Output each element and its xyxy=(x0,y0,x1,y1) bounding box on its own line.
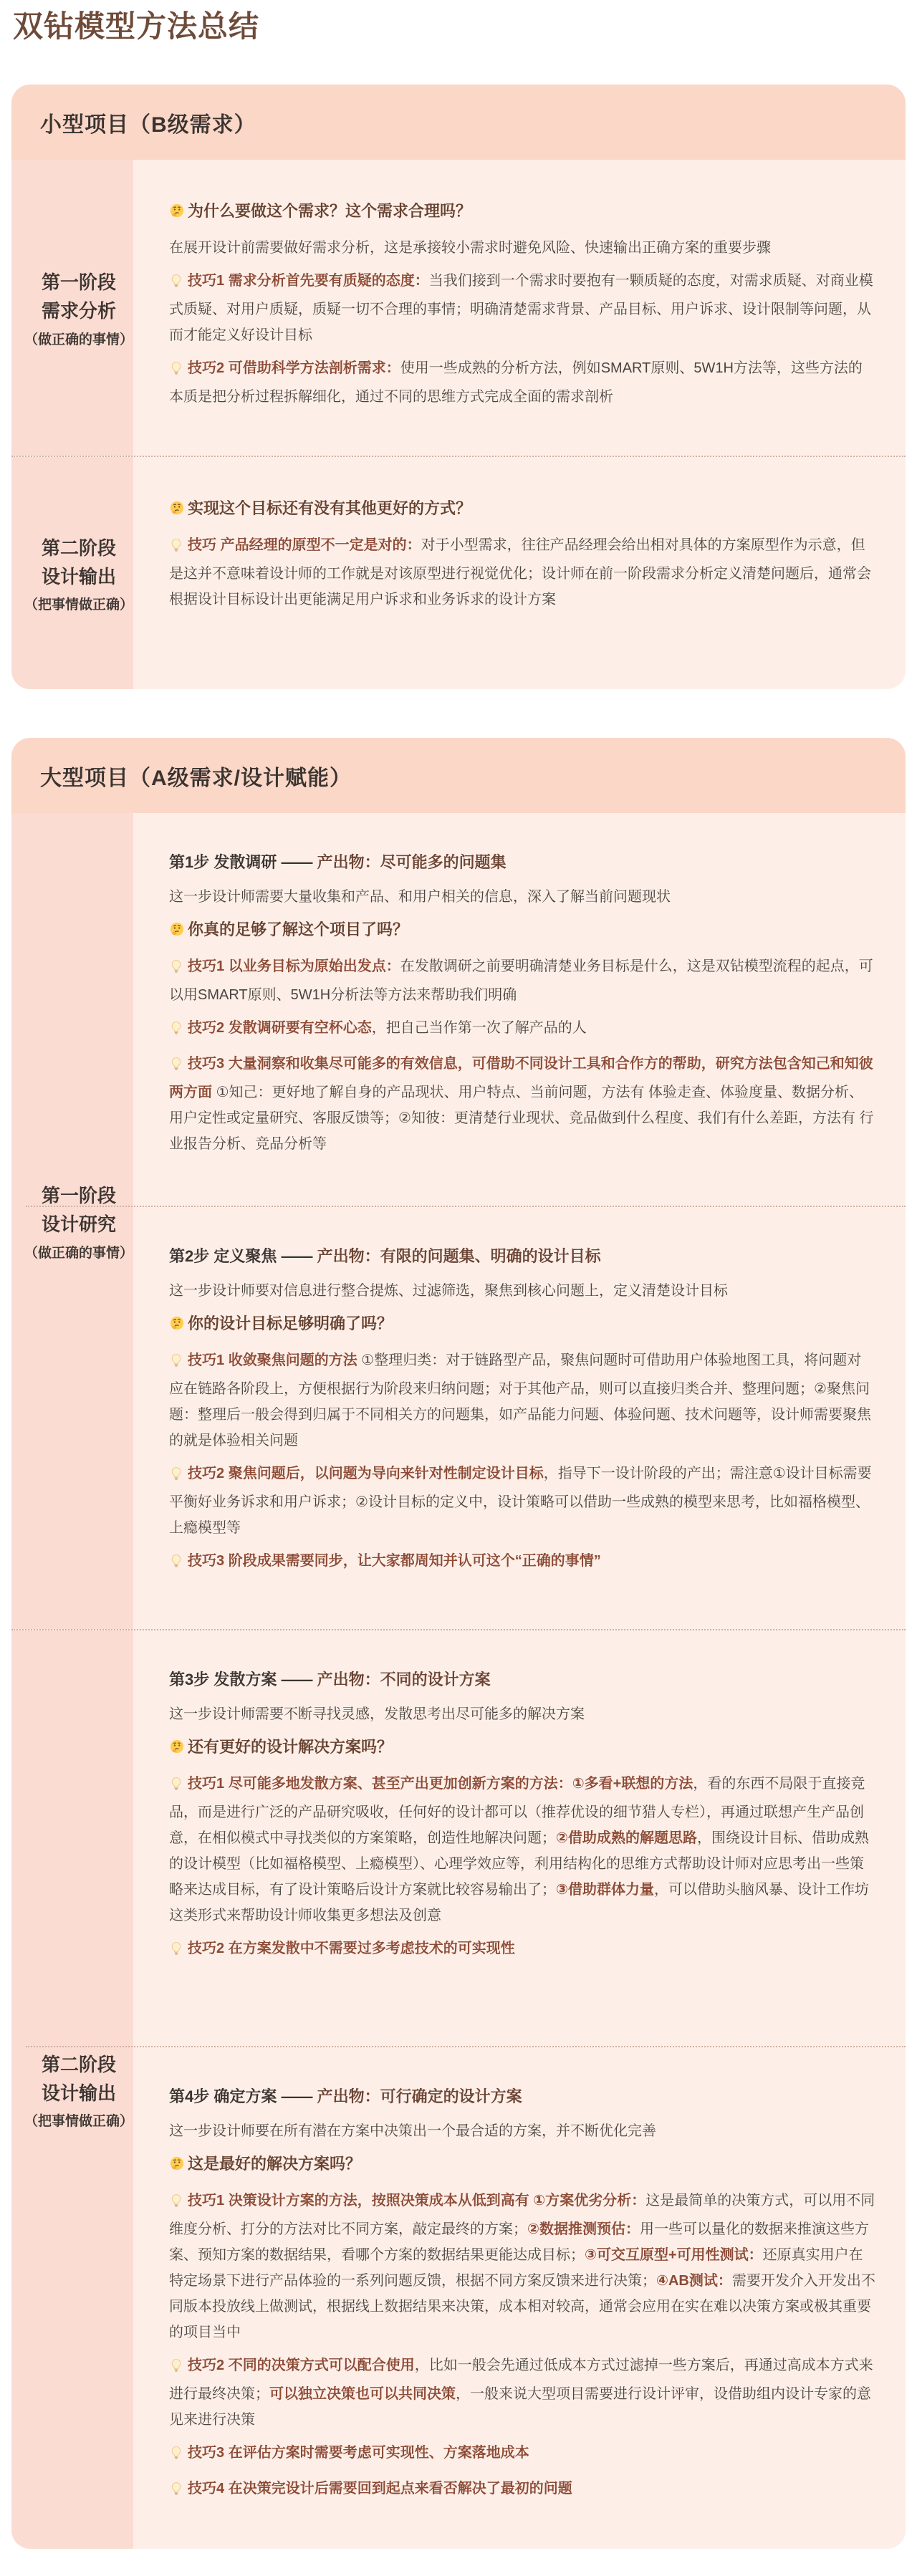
stage-note: （做正确的事情） xyxy=(24,1242,133,1261)
tip-text: ，把自己当作第一次了解产品的人 xyxy=(372,1020,587,1036)
light-bulb-icon xyxy=(169,271,183,297)
tip-paragraph: 技巧2 不同的决策方式可以配合使用，比如一般会先通过低成本方式过滤掉一些方案后，… xyxy=(169,2352,875,2433)
stage-content: 为什么要做这个需求？这个需求合理吗？在展开设计前需要做好需求分析，这是承接较小需… xyxy=(133,160,906,456)
tip-emphasis: 技巧1 尽可能多地发散方案、甚至产出更加创新方案的方法： xyxy=(188,1776,572,1792)
tip-emphasis: ③借助群体力量 xyxy=(556,1882,654,1898)
tip-paragraph: 技巧2 在方案发散中不需要过多考虑技术的可实现性 xyxy=(169,1936,875,1964)
tip-paragraph: 技巧3 大量洞察和收集尽可能多的有效信息，可借助不同设计工具和合作方的帮助，研究… xyxy=(169,1051,875,1157)
tip-emphasis: 技巧1 收敛聚焦问题的方法 xyxy=(188,1352,357,1368)
step-title-name: 第4步 确定方案 —— xyxy=(169,2087,317,2105)
question-text: 你的设计目标足够明确了吗？ xyxy=(188,1315,393,1332)
stage-label: 需求分析 xyxy=(42,297,116,325)
question-text: 这是最好的解决方案吗？ xyxy=(188,2155,361,2173)
light-bulb-icon xyxy=(169,956,183,982)
tip-emphasis: 技巧 产品经理的原型不一定是对的： xyxy=(188,537,421,553)
stage-content: 实现这个目标还有没有其他更好的方式？ 技巧 产品经理的原型不一定是对的：对于小型… xyxy=(133,457,906,689)
bottom-spacer xyxy=(0,2549,917,2573)
tip-emphasis: 技巧2 不同的决策方式可以配合使用 xyxy=(188,2358,415,2373)
tip-paragraph: 技巧2 可借助科学方法剖析需求：使用一些成熟的分析方法，例如SMART原则、5W… xyxy=(169,355,875,410)
question-line: 为什么要做这个需求？这个需求合理吗？ xyxy=(169,198,875,226)
light-bulb-icon xyxy=(169,1551,183,1577)
step-title-output: 产出物：尽可能多的问题集 xyxy=(317,853,506,871)
stage-sidebar: 第一阶段需求分析（做正确的事情） xyxy=(11,160,133,456)
stage-content: 第1步 发散调研 —— 产出物：尽可能多的问题集这一步设计师需要大量收集和产品、… xyxy=(133,813,906,1629)
question-text: 为什么要做这个需求？这个需求合理吗？ xyxy=(188,202,471,220)
tip-paragraph: 技巧4 在决策完设计后需要回到起点来看否解决了最初的问题 xyxy=(169,2476,875,2504)
step-intro: 在展开设计前需要做好需求分析，这是承接较小需求时避免风险、快速输出正确方案的重要… xyxy=(169,235,875,261)
stage-label: 设计输出 xyxy=(42,562,116,591)
stage-row: 第二阶段设计输出（把事情做正确）第3步 发散方案 —— 产出物：不同的设计方案这… xyxy=(11,1629,906,2549)
tip-emphasis: 技巧2 可借助科学方法剖析需求： xyxy=(188,360,400,376)
step-title-name: 第3步 发散方案 —— xyxy=(169,1671,317,1688)
step-block: 第4步 确定方案 —— 产出物：可行确定的设计方案这一步设计师要在所有潜在方案中… xyxy=(133,2047,906,2549)
step-intro: 这一步设计师要在所有潜在方案中决策出一个最合适的方案，并不断优化完善 xyxy=(169,2118,875,2144)
tip-emphasis: ②借助成熟的解题思路 xyxy=(556,1830,697,1846)
thinking-face-icon xyxy=(169,1736,185,1762)
tip-emphasis: 技巧2 发散调研要有空杯心态 xyxy=(188,1020,372,1036)
stage-sidebar: 第二阶段设计输出（把事情做正确） xyxy=(11,457,133,689)
step-block: 第2步 定义聚焦 —— 产出物：有限的问题集、明确的设计目标这一步设计师要对信息… xyxy=(133,1207,906,1629)
tip-emphasis: 技巧3 在评估方案时需要考虑可实现性、方案落地成本 xyxy=(188,2445,529,2461)
stage-label: 设计输出 xyxy=(42,2079,116,2108)
page-title: 双钻模型方法总结 xyxy=(13,9,917,44)
step-intro: 这一步设计师需要大量收集和产品、和用户相关的信息，深入了解当前问题现状 xyxy=(169,884,875,910)
thinking-face-icon xyxy=(169,2153,185,2178)
stage-sidebar: 第一阶段设计研究（做正确的事情） xyxy=(11,813,133,1629)
light-bulb-icon xyxy=(169,2479,183,2504)
section-card-small: 小型项目（B级需求）第一阶段需求分析（做正确的事情） 为什么要做这个需求？这个需… xyxy=(11,85,906,689)
tip-paragraph: 技巧3 在评估方案时需要考虑可实现性、方案落地成本 xyxy=(169,2440,875,2469)
thinking-face-icon xyxy=(169,919,185,944)
thinking-face-icon xyxy=(169,1313,185,1338)
step-title-name: 第2步 定义聚焦 —— xyxy=(169,1247,317,1265)
question-line: 实现这个目标还有没有其他更好的方式？ xyxy=(169,496,875,523)
light-bulb-icon xyxy=(169,1018,183,1044)
tip-paragraph: 技巧1 尽可能多地发散方案、甚至产出更加创新方案的方法：①多看+联想的方法，看的… xyxy=(169,1771,875,1928)
tip-emphasis: 技巧2 聚焦问题后，以问题为导向来针对性制定设计目标 xyxy=(188,1466,544,1481)
section-body: 第一阶段设计研究（做正确的事情）第1步 发散调研 —— 产出物：尽可能多的问题集… xyxy=(11,813,906,2549)
tip-emphasis: ③可交互原型+可用性测试： xyxy=(585,2247,763,2263)
question-text: 实现这个目标还有没有其他更好的方式？ xyxy=(188,499,471,517)
stage-sidebar: 第二阶段设计输出（把事情做正确） xyxy=(11,1630,133,2549)
tip-emphasis: 可以独立决策也可以共同决策 xyxy=(269,2386,456,2402)
cards-container: 小型项目（B级需求）第一阶段需求分析（做正确的事情） 为什么要做这个需求？这个需… xyxy=(0,85,917,2549)
section-card-large: 大型项目（A级需求/设计赋能）第一阶段设计研究（做正确的事情）第1步 发散调研 … xyxy=(11,738,906,2549)
question-text: 还有更好的设计解决方案吗？ xyxy=(188,1738,393,1756)
question-line: 你真的足够了解这个项目了吗？ xyxy=(169,917,875,944)
light-bulb-icon xyxy=(169,1774,183,1799)
tip-paragraph: 技巧1 决策设计方案的方法，按照决策成本从低到高有 ①方案优劣分析：这是最简单的… xyxy=(169,2188,875,2345)
light-bulb-icon xyxy=(169,535,183,561)
tip-paragraph: 技巧3 阶段成果需要同步，让大家都周知并认可这个“正确的事情” xyxy=(169,1548,875,1577)
tip-paragraph: 技巧 产品经理的原型不一定是对的：对于小型需求，往往产品经理会给出相对具体的方案… xyxy=(169,532,875,612)
tip-emphasis: ①方案优劣分析： xyxy=(533,2193,645,2209)
step-block: 第1步 发散调研 —— 产出物：尽可能多的问题集这一步设计师需要大量收集和产品、… xyxy=(133,813,906,1206)
step-title-output: 产出物：不同的设计方案 xyxy=(317,1671,491,1688)
light-bulb-icon xyxy=(169,358,183,384)
tip-paragraph: 技巧1 需求分析首先要有质疑的态度：当我们接到一个需求时要抱有一颗质疑的态度，对… xyxy=(169,268,875,348)
tip-emphasis: 技巧1 以业务目标为原始出发点： xyxy=(188,958,400,974)
step-title: 第4步 确定方案 —— 产出物：可行确定的设计方案 xyxy=(169,2085,875,2108)
stage-row: 第一阶段需求分析（做正确的事情） 为什么要做这个需求？这个需求合理吗？在展开设计… xyxy=(11,160,906,456)
stage-row: 第一阶段设计研究（做正确的事情）第1步 发散调研 —— 产出物：尽可能多的问题集… xyxy=(11,813,906,1629)
tip-emphasis: 技巧4 在决策完设计后需要回到起点来看否解决了最初的问题 xyxy=(188,2481,572,2496)
step-title-output: 产出物：有限的问题集、明确的设计目标 xyxy=(317,1247,601,1265)
question-text: 你真的足够了解这个项目了吗？ xyxy=(188,921,408,938)
step-title-name: 第1步 发散调研 —— xyxy=(169,853,317,871)
thinking-face-icon xyxy=(169,201,185,226)
step-title: 第3步 发散方案 —— 产出物：不同的设计方案 xyxy=(169,1668,875,1691)
tip-paragraph: 技巧1 收敛聚焦问题的方法 ①整理归类：对于链路型产品，聚焦问题时可借助用户体验… xyxy=(169,1347,875,1453)
step-intro: 这一步设计师需要不断寻找灵感，发散思考出尽可能多的解决方案 xyxy=(169,1701,875,1727)
step-block: 第3步 发散方案 —— 产出物：不同的设计方案这一步设计师需要不断寻找灵感，发散… xyxy=(133,1630,906,2046)
tip-text: ①知己：更好地了解自身的产品现状、用户特点、当前问题，方法有 体验走查、体验度量… xyxy=(169,1085,874,1152)
step-title: 第1步 发散调研 —— 产出物：尽可能多的问题集 xyxy=(169,850,875,874)
light-bulb-icon xyxy=(169,1054,183,1080)
light-bulb-icon xyxy=(169,2443,183,2469)
light-bulb-icon xyxy=(169,1350,183,1376)
stage-label: 第二阶段 xyxy=(42,534,116,562)
section-body: 第一阶段需求分析（做正确的事情） 为什么要做这个需求？这个需求合理吗？在展开设计… xyxy=(11,160,906,689)
stage-label: 第一阶段 xyxy=(42,268,116,297)
step-title-output: 产出物：可行确定的设计方案 xyxy=(317,2087,522,2105)
stage-content: 第3步 发散方案 —— 产出物：不同的设计方案这一步设计师需要不断寻找灵感，发散… xyxy=(133,1630,906,2549)
tip-paragraph: 技巧2 聚焦问题后，以问题为导向来针对性制定设计目标，指导下一设计阶段的产出；需… xyxy=(169,1461,875,1541)
tip-emphasis: 技巧2 在方案发散中不需要过多考虑技术的可实现性 xyxy=(188,1941,515,1956)
tip-emphasis: 技巧1 需求分析首先要有质疑的态度： xyxy=(188,273,429,289)
tip-emphasis: ①多看+联想的方法 xyxy=(572,1776,693,1792)
light-bulb-icon xyxy=(169,1464,183,1489)
step-block: 为什么要做这个需求？这个需求合理吗？在展开设计前需要做好需求分析，这是承接较小需… xyxy=(133,160,906,456)
tip-emphasis: 技巧1 决策设计方案的方法，按照决策成本从低到高有 xyxy=(188,2193,529,2209)
tip-paragraph: 技巧2 发散调研要有空杯心态，把自己当作第一次了解产品的人 xyxy=(169,1015,875,1044)
tip-emphasis: 技巧3 阶段成果需要同步，让大家都周知并认可这个“正确的事情” xyxy=(188,1553,601,1569)
question-line: 还有更好的设计解决方案吗？ xyxy=(169,1734,875,1762)
stage-note: （把事情做正确） xyxy=(24,594,133,613)
step-title: 第2步 定义聚焦 —— 产出物：有限的问题集、明确的设计目标 xyxy=(169,1244,875,1268)
light-bulb-icon xyxy=(169,1938,183,1964)
section-header: 大型项目（A级需求/设计赋能） xyxy=(11,738,906,813)
stage-note: （做正确的事情） xyxy=(24,329,133,348)
stage-label: 设计研究 xyxy=(42,1210,116,1239)
light-bulb-icon xyxy=(169,2191,183,2216)
stage-note: （把事情做正确） xyxy=(24,2110,133,2130)
light-bulb-icon xyxy=(169,2355,183,2381)
tip-emphasis: ④AB测试： xyxy=(656,2273,732,2289)
thinking-face-icon xyxy=(169,498,185,523)
section-header: 小型项目（B级需求） xyxy=(11,85,906,160)
question-line: 这是最好的解决方案吗？ xyxy=(169,2151,875,2178)
step-block: 实现这个目标还有没有其他更好的方式？ 技巧 产品经理的原型不一定是对的：对于小型… xyxy=(133,457,906,689)
step-intro: 这一步设计师要对信息进行整合提炼、过滤筛选，聚焦到核心问题上，定义清楚设计目标 xyxy=(169,1278,875,1304)
tip-paragraph: 技巧1 以业务目标为原始出发点：在发散调研之前要明确清楚业务目标是什么，这是双钻… xyxy=(169,953,875,1008)
stage-label: 第二阶段 xyxy=(42,2050,116,2079)
stage-row: 第二阶段设计输出（把事情做正确） 实现这个目标还有没有其他更好的方式？ 技巧 产… xyxy=(11,456,906,689)
question-line: 你的设计目标足够明确了吗？ xyxy=(169,1311,875,1338)
tip-emphasis: ②数据推测预估： xyxy=(527,2221,640,2237)
